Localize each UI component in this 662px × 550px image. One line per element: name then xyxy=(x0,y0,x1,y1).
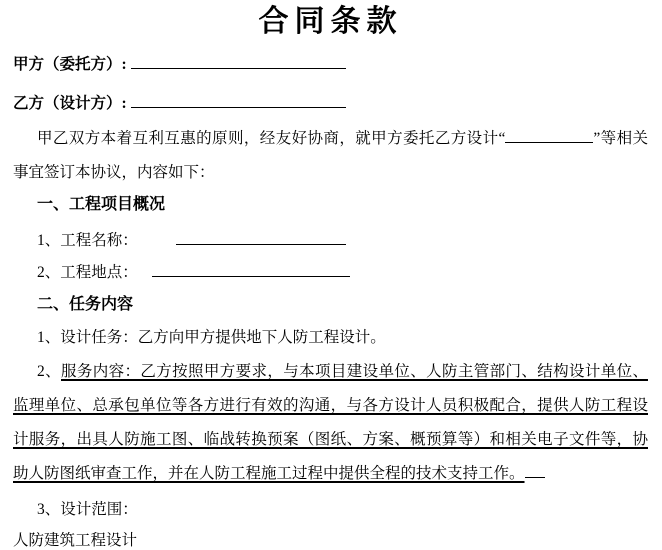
project-name-row: 1、工程名称： xyxy=(13,230,648,250)
section-1-heading: 一、工程项目概况 xyxy=(13,196,648,214)
intro-text-before-blank: 甲乙双方本着互利互惠的原则，经友好协商，就甲方委托乙方设计“ xyxy=(37,130,505,147)
design-scope-value: 人防建筑工程设计 xyxy=(13,532,153,550)
project-location-fill-blank[interactable] xyxy=(152,262,350,277)
service-content-item: 2、服务内容：乙方按照甲方要求，与本项目建设单位、人防主管部门、结构设计单位、监… xyxy=(13,355,648,491)
party-b-fill-blank[interactable] xyxy=(131,93,346,108)
design-task-item: 1、设计任务：乙方向甲方提供地下人防工程设计。 xyxy=(13,329,648,347)
project-title-fill-blank[interactable] xyxy=(505,128,593,143)
design-scope-row: 人防建筑工程设计 xyxy=(13,532,648,550)
party-a-label: 甲方（委托方）: xyxy=(13,56,127,73)
design-scope-label: 3、设计范围： xyxy=(13,501,648,519)
document-title: 合同条款 xyxy=(13,4,648,40)
party-a-fill-blank[interactable] xyxy=(131,54,346,69)
section-2-heading: 二、任务内容 xyxy=(13,296,648,314)
party-a-row: 甲方（委托方）: xyxy=(13,54,648,74)
intro-paragraph: 甲乙双方本着互利互惠的原则，经友好协商，就甲方委托乙方设计“”等相关事宜签订本协… xyxy=(13,122,648,190)
project-location-label: 2、工程地点： xyxy=(37,264,138,281)
project-name-label: 1、工程名称： xyxy=(37,232,138,249)
service-content-trailing-blank xyxy=(525,463,545,478)
service-content-text: 服务内容：乙方按照甲方要求，与本项目建设单位、人防主管部门、结构设计单位、监理单… xyxy=(13,363,648,482)
party-b-label: 乙方（设计方）: xyxy=(13,95,127,112)
service-content-number: 2、 xyxy=(37,363,61,380)
party-b-row: 乙方（设计方）: xyxy=(13,93,648,113)
project-name-fill-blank[interactable] xyxy=(176,230,346,245)
project-location-row: 2、工程地点： xyxy=(13,262,648,282)
contract-document-page: 合同条款 甲方（委托方）: 乙方（设计方）: 甲乙双方本着互利互惠的原则，经友好… xyxy=(0,0,662,550)
